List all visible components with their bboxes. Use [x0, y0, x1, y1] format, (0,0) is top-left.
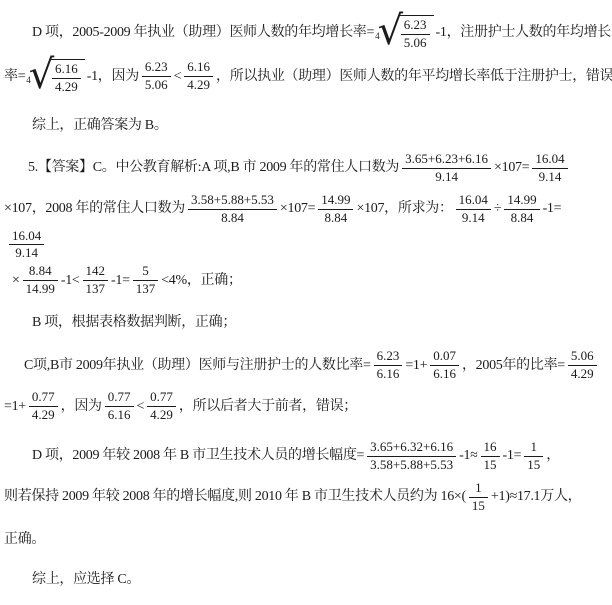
- fraction-numerator: 0.07: [430, 349, 459, 366]
- document-page: D 项，2005-2009 年执业（助理）医师人数的年均增长率=4√6.235.…: [0, 0, 612, 605]
- fraction-numerator: 16.04: [456, 193, 491, 210]
- fraction: 3.58+5.88+5.538.84: [188, 193, 277, 226]
- text-run: C项,B市 2009年执业（助理）医师与注册护士的人数比率=: [24, 357, 371, 375]
- text-line: 综上，正确答案为 B。: [4, 117, 608, 135]
- fraction-numerator: 6.23: [142, 60, 171, 77]
- fraction-numerator: 5: [133, 264, 159, 281]
- text-run: -1≈: [459, 447, 477, 465]
- fraction-numerator: 5.06: [568, 349, 597, 366]
- text-run: ×107=: [494, 159, 529, 177]
- fraction: 6.164.29: [184, 60, 213, 93]
- text-run: +1)≈17.1万人，: [491, 488, 581, 506]
- fraction-numerator: 16.04: [9, 229, 44, 246]
- text-run: ，: [546, 447, 560, 465]
- text-line: D 项，2005-2009 年执业（助理）医师人数的年均增长率=4√6.235.…: [4, 15, 608, 51]
- text-run: 综上，应选择 C。: [32, 571, 140, 589]
- text-line: B 项，根据表格数据判断，正确；: [4, 314, 608, 332]
- text-run: -1=: [543, 200, 562, 218]
- fraction-numerator: 3.65+6.32+6.16: [367, 440, 456, 457]
- text-run: 则若保持 2009 年较 2008 年的增长幅度,则 2010 年 B 市卫生技…: [4, 488, 466, 506]
- fraction: 115: [524, 440, 543, 473]
- fraction-denominator: 15: [524, 457, 543, 473]
- fraction: 0.774.29: [29, 390, 58, 423]
- fraction-denominator: 8.84: [318, 210, 353, 226]
- fraction-numerator: 16: [481, 440, 500, 457]
- text-run: B 项，根据表格数据判断，正确；: [32, 314, 236, 332]
- text-line: ×107，2008 年的常住人口数为3.58+5.88+5.538.84×107…: [4, 193, 608, 226]
- fraction: 3.65+6.23+6.169.14: [402, 152, 491, 185]
- fraction-denominator: 6.16: [374, 366, 403, 382]
- text-line: 率=4√6.164.29-1，因为6.235.06<6.164.29，所以执业（…: [4, 59, 608, 95]
- radical-sign: √: [378, 14, 403, 48]
- text-run: -1，因为: [87, 68, 139, 86]
- fraction-numerator: 0.77: [29, 390, 58, 407]
- text-run: 正确。: [4, 531, 45, 549]
- fraction: 115: [469, 481, 488, 514]
- fraction-numerator: 6.23: [374, 349, 403, 366]
- fraction-denominator: 5.06: [401, 35, 430, 51]
- fraction-numerator: 14.99: [318, 193, 353, 210]
- fraction: 0.774.29: [147, 390, 176, 423]
- fraction-denominator: 9.14: [532, 169, 567, 185]
- text-run: -1，注册护士人数的年均增长: [436, 24, 611, 42]
- text-run: D 项，2005-2009 年执业（助理）医师人数的年均增长率=: [32, 24, 374, 42]
- fraction: 1615: [481, 440, 500, 473]
- fraction: 6.235.06: [142, 60, 171, 93]
- text-run: ，所以后者大于前者，错误；: [179, 398, 357, 416]
- text-run: 综上，正确答案为 B。: [32, 117, 168, 135]
- fraction: 5137: [133, 264, 159, 297]
- text-line: 则若保持 2009 年较 2008 年的增长幅度,则 2010 年 B 市卫生技…: [4, 481, 608, 514]
- fraction-denominator: 6.16: [430, 366, 459, 382]
- text-line: 5.【答案】C。中公教育解析:A 项,B 市 2009 年的常住人口数为3.65…: [4, 152, 608, 185]
- fraction: 0.776.16: [105, 390, 134, 423]
- text-run: 5.【答案】C。中公教育解析:A 项,B 市 2009 年的常住人口数为: [28, 159, 399, 177]
- fraction-denominator: 137: [133, 281, 159, 297]
- text-run: ×: [12, 272, 20, 290]
- text-run: ×107，所求为：: [356, 200, 452, 218]
- text-run: ×107=: [280, 200, 315, 218]
- fraction: 3.65+6.32+6.163.58+5.88+5.53: [367, 440, 456, 473]
- fraction-denominator: 3.58+5.88+5.53: [367, 457, 456, 473]
- text-line: 综上，应选择 C。: [4, 571, 608, 589]
- fraction: 6.235.06: [401, 18, 430, 51]
- fraction-numerator: 6.23: [401, 18, 430, 35]
- fraction-denominator: 9.14: [402, 169, 491, 185]
- fraction-denominator: 4.29: [29, 407, 58, 423]
- fraction-denominator: 4.29: [52, 79, 81, 95]
- fraction-numerator: 142: [83, 264, 109, 281]
- fraction-numerator: 0.77: [147, 390, 176, 407]
- fraction-numerator: 1: [524, 440, 543, 457]
- fraction-numerator: 8.84: [23, 264, 58, 281]
- fraction-numerator: 16.04: [532, 152, 567, 169]
- fraction: 6.164.29: [52, 62, 81, 95]
- text-line: D 项，2009 年较 2008 年 B 市卫生技术人员的增长幅度=3.65+6…: [4, 440, 608, 473]
- fraction: 14.998.84: [318, 193, 353, 226]
- text-line: =1+0.774.29，因为0.776.16<0.774.29，所以后者大于前者…: [4, 390, 608, 423]
- fraction-denominator: 9.14: [456, 210, 491, 226]
- fraction: 8.8414.99: [23, 264, 58, 297]
- fraction: 0.076.16: [430, 349, 459, 382]
- fourth-root: 4√6.235.06: [375, 15, 433, 51]
- fraction: 6.236.16: [374, 349, 403, 382]
- text-run: -1<: [61, 272, 80, 290]
- text-run: ，2005年的比率=: [462, 357, 565, 375]
- fraction: 16.049.14: [456, 193, 491, 226]
- text-run: ，所以执业（助理）医师人数的年平均增长率低于注册护士，错误。: [216, 68, 612, 86]
- text-line: 16.049.14: [4, 229, 608, 262]
- text-run: ×107，2008 年的常住人口数为: [4, 200, 185, 218]
- fraction-numerator: 3.58+5.88+5.53: [188, 193, 277, 210]
- fraction-denominator: 15: [481, 457, 500, 473]
- text-run: 率=: [4, 68, 25, 86]
- fraction: 142137: [83, 264, 109, 297]
- text-run: =1+: [4, 398, 26, 416]
- text-run: <: [137, 398, 145, 416]
- radicand: 6.235.06: [399, 15, 434, 51]
- fraction: 16.049.14: [9, 229, 44, 262]
- fraction-denominator: 6.16: [105, 407, 134, 423]
- fourth-root: 4√6.164.29: [26, 59, 84, 95]
- fraction-denominator: 8.84: [504, 210, 539, 226]
- text-line: ×8.8414.99-1<142137-1=5137<4%，正确；: [4, 264, 608, 297]
- fraction-denominator: 4.29: [184, 77, 213, 93]
- fraction-denominator: 14.99: [23, 281, 58, 297]
- text-run: D 项，2009 年较 2008 年 B 市卫生技术人员的增长幅度=: [32, 447, 364, 465]
- fraction: 5.064.29: [568, 349, 597, 382]
- fraction-numerator: 14.99: [504, 193, 539, 210]
- fraction: 14.998.84: [504, 193, 539, 226]
- fraction-numerator: 1: [469, 481, 488, 498]
- text-run: -1=: [111, 272, 130, 290]
- text-line: 正确。: [4, 531, 608, 549]
- text-run: =1+: [405, 357, 427, 375]
- fraction-numerator: 6.16: [52, 62, 81, 79]
- root-index: 4: [26, 71, 31, 89]
- radical-sign: √: [29, 58, 54, 92]
- root-index: 4: [375, 27, 380, 45]
- text-run: <4%，正确；: [161, 272, 241, 290]
- fraction-denominator: 8.84: [188, 210, 277, 226]
- text-run: <: [174, 68, 182, 86]
- fraction-denominator: 4.29: [147, 407, 176, 423]
- fraction-denominator: 4.29: [568, 366, 597, 382]
- fraction: 16.049.14: [532, 152, 567, 185]
- text-run: -1=: [503, 447, 522, 465]
- fraction-denominator: 15: [469, 498, 488, 514]
- fraction-numerator: 3.65+6.23+6.16: [402, 152, 491, 169]
- fraction-denominator: 9.14: [9, 245, 44, 261]
- radicand: 6.164.29: [50, 59, 85, 95]
- fraction-denominator: 5.06: [142, 77, 171, 93]
- fraction-denominator: 137: [83, 281, 109, 297]
- fraction-numerator: 6.16: [184, 60, 213, 77]
- text-run: ，因为: [61, 398, 102, 416]
- text-line: C项,B市 2009年执业（助理）医师与注册护士的人数比率=6.236.16=1…: [4, 349, 608, 382]
- fraction-numerator: 0.77: [105, 390, 134, 407]
- text-run: ÷: [494, 200, 501, 218]
